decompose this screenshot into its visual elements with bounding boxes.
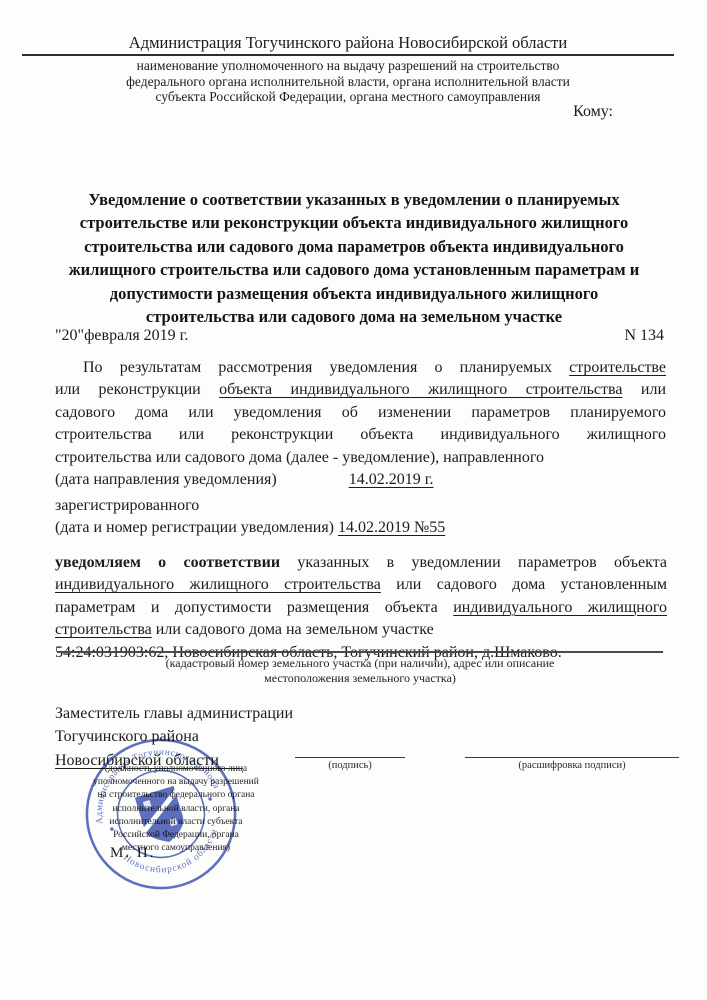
text-line: строительства или садового дома на земел… — [55, 619, 667, 641]
paragraph-registration: зарегистрированного(дата и номер регистр… — [55, 495, 666, 540]
text-line: допустимости размещения объекта индивиду… — [47, 282, 661, 305]
cadastral-rule — [57, 651, 663, 653]
document-date: "20"февраля 2019 г. — [55, 327, 188, 345]
text-line: строительства или садового дома на земел… — [47, 305, 661, 328]
document-page: Администрация Тогучинского района Новоси… — [0, 0, 707, 1000]
text-line: строительства или реконструкции объекта … — [55, 424, 666, 446]
text-line: (дата направления уведомления) 14.02.201… — [55, 469, 666, 491]
text-line: (дата и номер регистрации уведомления) 1… — [55, 517, 666, 539]
text-line: Заместитель главы администрации — [55, 702, 293, 725]
text-line: жилищного строительства или садового дом… — [47, 258, 661, 281]
text-line: садового дома или уведомления об изменен… — [55, 402, 666, 424]
issuing-authority-name: Администрация Тогучинского района Новоси… — [22, 33, 674, 56]
document-title: Уведомление о соответствии указанных в у… — [47, 188, 661, 328]
cadastral-caption: (кадастровый номер земельного участка (п… — [64, 656, 656, 686]
text-line: зарегистрированного — [55, 495, 666, 517]
text-line: индивидуального жилищного строительства … — [55, 574, 667, 596]
document-header: Администрация Тогучинского района Новоси… — [22, 33, 674, 105]
text-line: (кадастровый номер земельного участка (п… — [64, 656, 656, 671]
text-line: строительства или садового дома параметр… — [47, 235, 661, 258]
text-line: уведомляем о соответствии указанных в ув… — [55, 552, 667, 574]
text-line: местоположения земельного участка) — [64, 671, 656, 686]
text-line: строительства или садового дома (далее -… — [55, 447, 666, 469]
signature-line: (подпись) — [295, 757, 405, 771]
signature-caption: (подпись) — [328, 760, 372, 771]
signature-transcript-line: (расшифровка подписи) — [465, 757, 679, 771]
text-line: Уведомление о соответствии указанных в у… — [47, 188, 661, 211]
text-line: или реконструкции объекта индивидуальног… — [55, 379, 666, 401]
text-line: строительстве или реконструкции объекта … — [47, 211, 661, 234]
paragraph-review-results: По результатам рассмотрения уведомления … — [55, 357, 666, 491]
text-line: федерального органа исполнительной власт… — [22, 74, 674, 90]
addressee-label: Кому: — [573, 103, 613, 121]
date-number-line: "20"февраля 2019 г. N 134 — [55, 327, 664, 345]
authority-caption: наименование уполномоченного на выдачу р… — [22, 58, 674, 105]
text-line: параметрам и допустимости размещения объ… — [55, 597, 667, 619]
signature-transcript-caption: (расшифровка подписи) — [518, 760, 625, 771]
document-number: N 134 — [624, 327, 664, 345]
text-line: По результатам рассмотрения уведомления … — [55, 357, 666, 379]
text-line: наименование уполномоченного на выдачу р… — [22, 58, 674, 74]
paragraph-notification: уведомляем о соответствии указанных в ув… — [55, 552, 667, 664]
